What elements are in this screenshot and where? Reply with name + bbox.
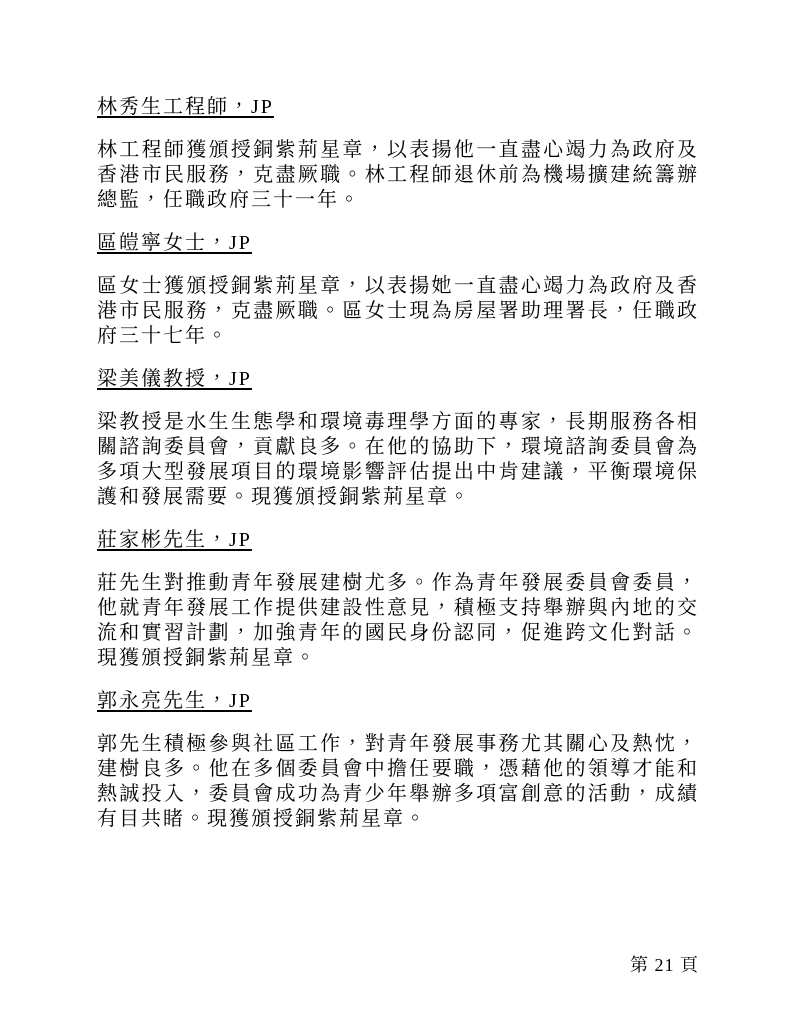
citation-paragraph: 莊先生對推動青年發展建樹尤多。作為青年發展委員會委員，他就青年發展工作提供建設性…	[97, 571, 699, 671]
recipient-name-heading: 區皚寧女士，JP	[97, 231, 699, 256]
citation-paragraph: 梁教授是水生生態學和環境毒理學方面的專家，長期服務各相關諮詢委員會，貢獻良多。在…	[97, 410, 699, 510]
citation-paragraph: 郭先生積極參與社區工作，對青年發展事務尤其關心及熱忱，建樹良多。他在多個委員會中…	[97, 732, 699, 832]
citation-section: 莊家彬先生，JP 莊先生對推動青年發展建樹尤多。作為青年發展委員會委員，他就青年…	[97, 528, 699, 671]
recipient-name-heading: 林秀生工程師，JP	[97, 95, 699, 120]
citation-section: 林秀生工程師，JP 林工程師獲頒授銅紫荊星章，以表揚他一直盡心竭力為政府及香港市…	[97, 95, 699, 213]
document-page: 林秀生工程師，JP 林工程師獲頒授銅紫荊星章，以表揚他一直盡心竭力為政府及香港市…	[0, 0, 791, 1024]
citation-section: 郭永亮先生，JP 郭先生積極參與社區工作，對青年發展事務尤其關心及熱忱，建樹良多…	[97, 689, 699, 832]
citation-section: 區皚寧女士，JP 區女士獲頒授銅紫荊星章，以表揚她一直盡心竭力為政府及香港市民服…	[97, 231, 699, 349]
page-number: 第 21 頁	[630, 954, 699, 976]
recipient-name-heading: 郭永亮先生，JP	[97, 689, 699, 714]
recipient-name-heading: 梁美儀教授，JP	[97, 367, 699, 392]
citation-section: 梁美儀教授，JP 梁教授是水生生態學和環境毒理學方面的專家，長期服務各相關諮詢委…	[97, 367, 699, 510]
citation-paragraph: 區女士獲頒授銅紫荊星章，以表揚她一直盡心竭力為政府及香港市民服務，克盡厥職。區女…	[97, 274, 699, 349]
recipient-name-heading: 莊家彬先生，JP	[97, 528, 699, 553]
citation-paragraph: 林工程師獲頒授銅紫荊星章，以表揚他一直盡心竭力為政府及香港市民服務，克盡厥職。林…	[97, 138, 699, 213]
